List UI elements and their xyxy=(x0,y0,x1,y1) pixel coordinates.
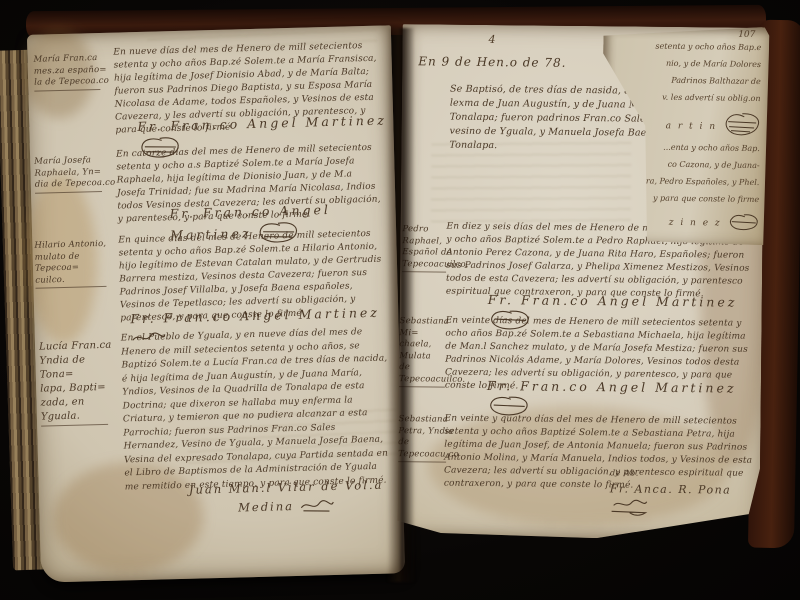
vicar-signature: Juan Man.l Vilar de Vol.a Medina xyxy=(189,478,384,515)
priest-signature: Fr. Anca. R. Pona xyxy=(610,482,732,496)
cutoff-text-line: a r t i n xyxy=(666,121,718,132)
cutoff-text-line: ...enta y ocho años Bap. xyxy=(663,143,760,154)
cutoff-text-line: co Cazona, y de Juana- xyxy=(668,160,760,171)
priest-signature: Fr. Fran.co Angel Martinez xyxy=(130,305,380,327)
priest-signature: Fr. Fran.co Angel Martinez xyxy=(137,112,387,134)
entry-margin-note: María Josefa Raphaela, Yn= dia de Tepeco… xyxy=(34,155,117,194)
cutoff-signature-row: z i n e z xyxy=(669,210,761,232)
page-number: 4 xyxy=(488,33,495,46)
entry-margin-note: María Fran.ca mes.za españo= la de Tepec… xyxy=(33,53,114,92)
cutoff-text-line: ra, Pedro Españoles, y Phel. xyxy=(646,176,760,188)
folio-number: 107 xyxy=(738,30,755,40)
cutoff-signature-row: a r t i n xyxy=(665,110,762,139)
cutoff-text-line: z i n e z xyxy=(669,218,722,229)
priest-signature: Fr. Fran.co Angel Martinez xyxy=(487,378,737,396)
left-page: María Fran.ca mes.za españo= la de Tepec… xyxy=(27,25,405,582)
signature-rubric-icon xyxy=(722,111,762,140)
cutoff-text-line: setenta y ocho años Bap.e xyxy=(655,42,761,53)
entry-date-heading: En 9 de Hen.o de 78. xyxy=(418,54,566,70)
entry-body-text: En el Pueblo de Yguala, y en nueve días … xyxy=(121,325,393,494)
entry-margin-note: Hilario Antonio, mulato de Tepecoa= cuil… xyxy=(34,238,121,288)
signature-row: de Ab. Fr. Anca. R. Pona xyxy=(610,468,760,518)
manuscript-photo: { "colors": { "background": "#060504", "… xyxy=(0,0,800,600)
signature-rubric-icon xyxy=(727,211,761,231)
priest-signature: Fr. Fran.co Angel Martinez xyxy=(488,292,738,310)
signature-rubric-icon xyxy=(299,496,335,513)
cutoff-text-line: v. les advertí su oblig.on xyxy=(662,93,761,104)
signature-rubric-icon xyxy=(610,497,650,517)
cutoff-text-line: y para que conste lo firme xyxy=(653,194,759,205)
cutoff-text-line: nio, y de María Dolores xyxy=(666,59,761,70)
cutoff-text-line: Padrinos Balthazar de xyxy=(671,76,761,87)
book-gutter-shadow xyxy=(387,28,415,582)
signature-prefix: de Ab. xyxy=(610,468,760,479)
signature-row: Juan Man.l Vilar de Vol.a Medina xyxy=(189,474,385,517)
entry-margin-note: Lucía Fran.ca Yndia de Tona= lapa, Bapti… xyxy=(39,339,123,427)
